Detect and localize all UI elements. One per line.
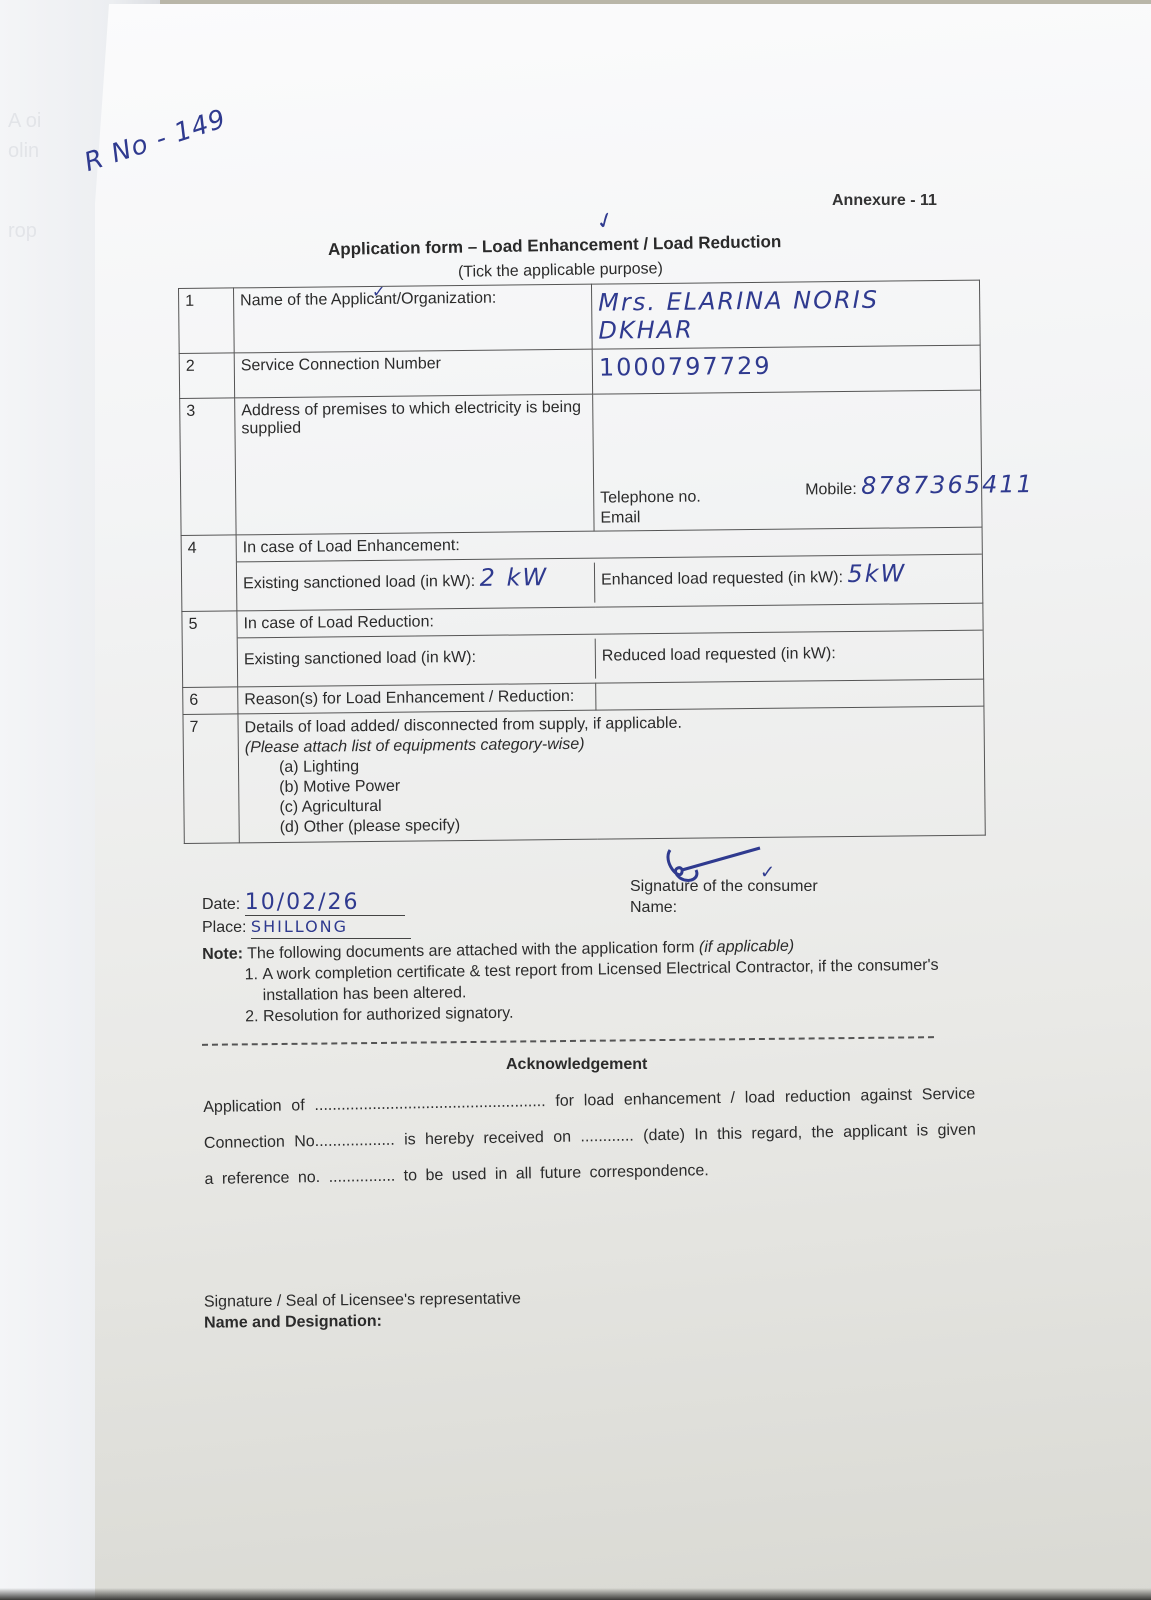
row-number: 3 <box>180 398 236 536</box>
address-field[interactable]: Telephone no. Mobile: 8787365411 Email <box>593 390 982 531</box>
acknowledgement-title: Acknowledgement <box>506 1056 647 1074</box>
telephone-label: Telephone no. <box>600 489 701 507</box>
licensee-name-label: Name and Designation: <box>204 1313 382 1332</box>
application-table: 1 Name of the Applicant/Organization: Mr… <box>178 280 986 844</box>
note-italic: (if applicable) <box>699 938 794 956</box>
reason-label: Reason(s) for Load Enhancement / Reducti… <box>238 683 596 714</box>
date-place-block: Date: 10/02/26 Place: SHILLONG <box>202 892 411 939</box>
form-subtitle: (Tick the applicable purpose) <box>458 260 663 282</box>
table-row: 5 In case of Load Reduction: Existing sa… <box>182 603 984 687</box>
licensee-signature-block: Signature / Seal of Licensee's represent… <box>204 1288 521 1333</box>
applicant-name-label: Name of the Applicant/Organization: <box>234 284 593 353</box>
row-number: 5 <box>182 611 238 688</box>
applicant-name-field[interactable]: Mrs. ELARINA NORIS DKHAR <box>598 286 879 345</box>
table-row: 3 Address of premises to which electrici… <box>180 390 982 535</box>
table-row: 1 Name of the Applicant/Organization: Mr… <box>179 280 981 353</box>
annexure-label: Annexure - 11 <box>832 192 937 210</box>
existing-load-label: Existing sanctioned load (in kW): <box>243 573 475 592</box>
enhanced-load-label: Enhanced load requested (in kW): <box>601 569 843 589</box>
reason-field[interactable] <box>596 679 984 710</box>
date-field[interactable]: 10/02/26 <box>245 890 360 915</box>
table-edge-shadow <box>0 1588 1151 1600</box>
date-label: Date: <box>202 896 240 913</box>
ghost-text: olin <box>8 140 39 163</box>
existing-load-field[interactable]: 2 kW <box>479 563 548 592</box>
note-section: Note: The following documents are attach… <box>202 933 983 1028</box>
acknowledgement-body: Application of .........................… <box>203 1077 977 1198</box>
consumer-signature-block: Signature of the consumer Name: <box>630 876 818 918</box>
table-row: 7 Details of load added/ disconnected fr… <box>183 706 985 843</box>
row-number: 1 <box>179 288 235 354</box>
email-label: Email <box>600 505 975 529</box>
load-reduction-heading: In case of Load Reduction: <box>243 608 976 634</box>
licensee-signature-label: Signature / Seal of Licensee's represent… <box>204 1288 521 1312</box>
consumer-signature-label: Signature of the consumer <box>630 876 818 897</box>
row-number: 4 <box>181 535 237 612</box>
place-label: Place: <box>202 919 246 936</box>
ghost-text: A oi <box>8 110 41 133</box>
consumer-name-label: Name: <box>630 897 818 918</box>
service-connection-label: Service Connection Number <box>234 349 592 398</box>
row-number: 7 <box>183 714 239 844</box>
mobile-field[interactable]: 8787365411 <box>861 470 1034 500</box>
place-field[interactable]: SHILLONG <box>251 917 348 936</box>
service-connection-field[interactable]: 1000797729 <box>599 352 772 382</box>
address-label: Address of premises to which electricity… <box>235 394 594 535</box>
table-row: 4 In case of Load Enhancement: Existing … <box>181 527 983 611</box>
row-number: 2 <box>179 353 234 399</box>
enhanced-load-field[interactable]: 5kW <box>847 559 906 588</box>
note-label: Note: <box>202 945 243 963</box>
mobile-label: Mobile: <box>805 481 857 499</box>
load-enhancement-heading: In case of Load Enhancement: <box>243 532 976 558</box>
ghost-text: rop <box>8 220 37 243</box>
row-number: 6 <box>183 687 238 715</box>
reduced-load-label: Reduced load requested (in kW): <box>602 645 836 664</box>
existing-load-label: Existing sanctioned load (in kW): <box>244 649 476 668</box>
